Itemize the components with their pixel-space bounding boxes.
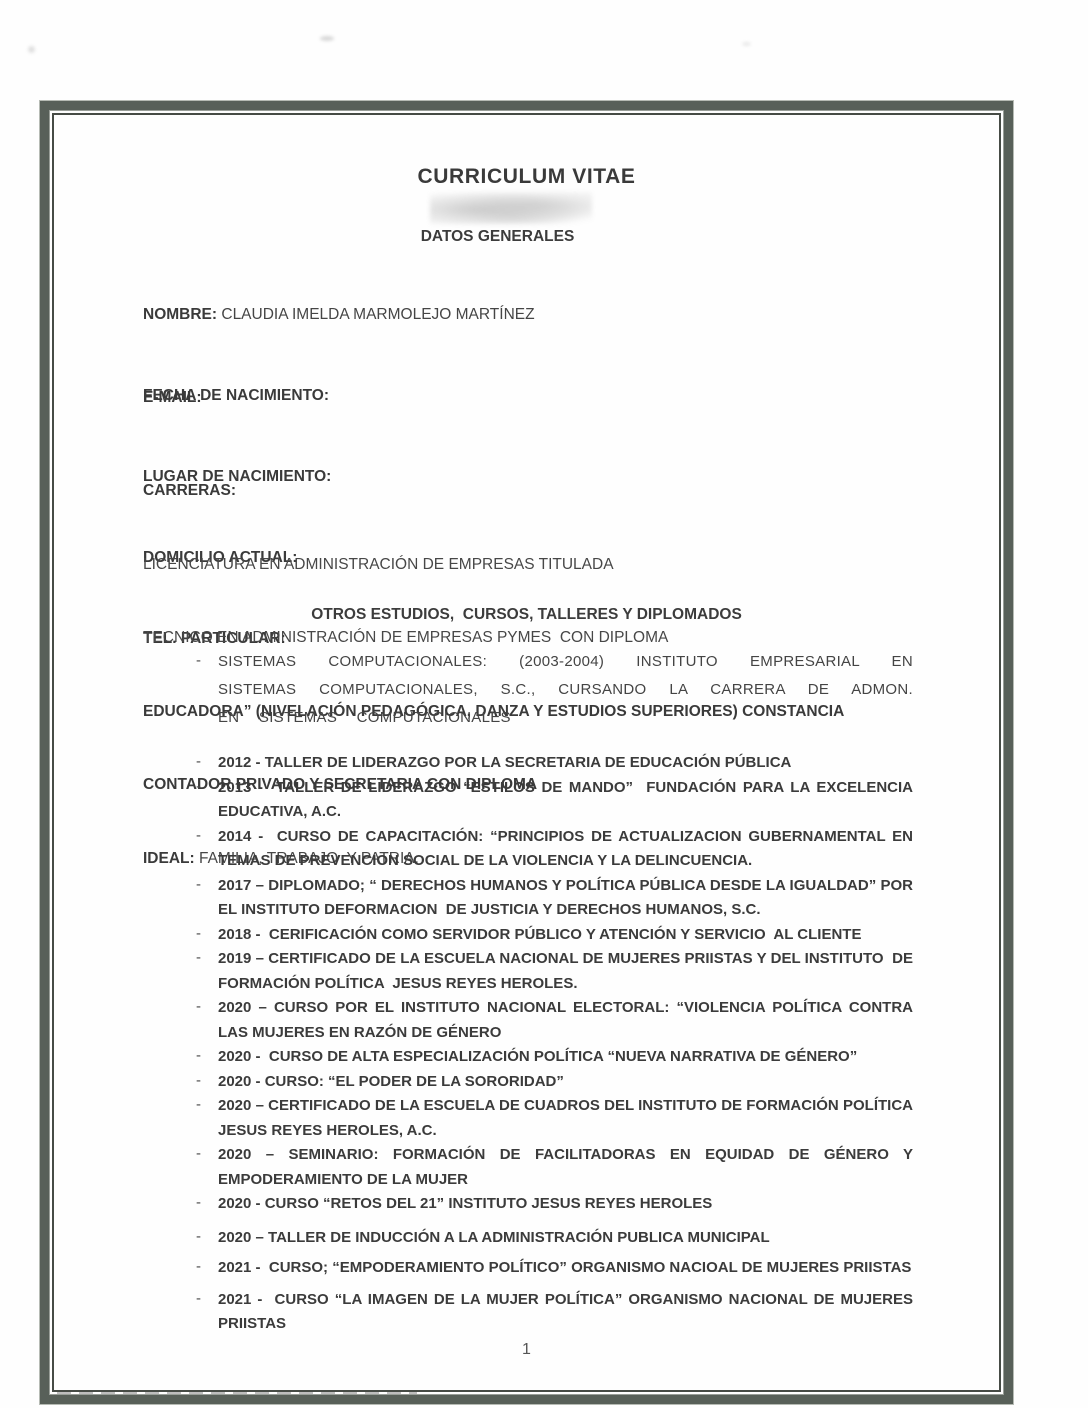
list-item-text: 2012 - TALLER DE LIDERAZGO POR LA SECRET…	[218, 754, 791, 771]
ideal-label: IDEAL:	[143, 850, 195, 867]
list-item-text: 2020 - CURSO: “EL PODER DE LA SORORIDAD”	[218, 1073, 564, 1090]
dash-bullet: -	[196, 1142, 201, 1167]
list-item-text: 2020 - CURSO “RETOS DEL 21” INSTITUTO JE…	[218, 1195, 712, 1212]
list-item: -2017 – DIPLOMADO; “ DERECHOS HUMANOS Y …	[196, 874, 913, 923]
dash-bullet: -	[196, 1044, 201, 1069]
dash-bullet: -	[196, 922, 201, 947]
list-item: -2013 - TALLER DE LIDERAZGO “ESTILOS DE …	[196, 776, 913, 825]
dash-bullet: -	[196, 750, 201, 775]
list-item-text: 2020 – CURSO POR EL INSTITUTO NACIONAL E…	[218, 999, 917, 1041]
list-item: -2021 - CURSO “LA IMAGEN DE LA MUJER POL…	[196, 1288, 913, 1337]
dash-bullet: -	[196, 1287, 201, 1312]
list-item: -2021 - CURSO; “EMPODERAMIENTO POLÍTICO”…	[196, 1256, 913, 1281]
scan-speck	[320, 36, 334, 41]
redaction-smudge	[430, 192, 592, 224]
list-item-text: 2021 - CURSO; “EMPODERAMIENTO POLÍTICO” …	[218, 1259, 911, 1276]
list-item: -2019 – CERTIFICADO DE LA ESCUELA NACION…	[196, 947, 913, 996]
list-item: -2020 – SEMINARIO: FORMACIÓN DE FACILITA…	[196, 1143, 913, 1192]
dash-bullet: -	[196, 1069, 201, 1094]
list-item: -2020 – CERTIFICADO DE LA ESCUELA DE CUA…	[196, 1094, 913, 1143]
dash-bullet: -	[196, 1191, 201, 1216]
list-item: -SISTEMAS COMPUTACIONALES: (2003-2004) I…	[196, 648, 913, 732]
list-item: -2018 - CERIFICACIÓN COMO SERVIDOR PÚBLI…	[196, 923, 913, 948]
scan-speck	[28, 46, 35, 53]
list-item-text: 2018 - CERIFICACIÓN COMO SERVIDOR PÚBLIC…	[218, 926, 861, 943]
dash-bullet: -	[196, 647, 201, 675]
list-item-text: 2020 – CERTIFICADO DE LA ESCUELA DE CUAD…	[218, 1097, 917, 1139]
list-item-text: SISTEMAS COMPUTACIONALES: (2003-2004) IN…	[218, 653, 932, 726]
section-heading-datos-generales: DATOS GENERALES	[11, 228, 984, 246]
carreras-heading: CARRERAS:	[143, 479, 940, 504]
list-item-text: 2019 – CERTIFICADO DE LA ESCUELA NACIONA…	[218, 950, 917, 992]
field-row-email: E-MAIL:	[143, 389, 202, 407]
dash-bullet: -	[196, 775, 201, 800]
dash-bullet: -	[196, 873, 201, 898]
dash-bullet: -	[196, 1225, 201, 1250]
list-item-text: 2020 – TALLER DE INDUCCIÓN A LA ADMINIST…	[218, 1229, 770, 1246]
list-item-text: 2013 - TALLER DE LIDERAZGO “ESTILOS DE M…	[218, 779, 917, 821]
list-item: -2012 - TALLER DE LIDERAZGO POR LA SECRE…	[196, 751, 913, 776]
scanned-cv-page: CURRICULUM VITAE DATOS GENERALES NOMBRE:…	[0, 0, 1088, 1408]
dash-bullet: -	[196, 1093, 201, 1118]
page-number: 1	[40, 1341, 1013, 1359]
list-item: -2020 – TALLER DE INDUCCIÓN A LA ADMINIS…	[196, 1226, 913, 1251]
courses-list: -SISTEMAS COMPUTACIONALES: (2003-2004) I…	[196, 648, 913, 1337]
dash-bullet: -	[196, 824, 201, 849]
list-item-text: 2014 - CURSO DE CAPACITACIÓN: “PRINCIPIO…	[218, 828, 917, 870]
list-item: -2014 - CURSO DE CAPACITACIÓN: “PRINCIPI…	[196, 825, 913, 874]
list-item-text: 2020 - CURSO DE ALTA ESPECIALIZACIÓN POL…	[218, 1048, 857, 1065]
list-item: -2020 - CURSO DE ALTA ESPECIALIZACIÓN PO…	[196, 1045, 913, 1070]
field-label: NOMBRE:	[143, 306, 217, 323]
dash-bullet: -	[196, 946, 201, 971]
list-item-text: 2017 – DIPLOMADO; “ DERECHOS HUMANOS Y P…	[218, 877, 917, 919]
list-item-text: 2021 - CURSO “LA IMAGEN DE LA MUJER POLÍ…	[218, 1291, 917, 1333]
field-value: CLAUDIA IMELDA MARMOLEJO MARTÍNEZ	[217, 306, 535, 323]
page-title: CURRICULUM VITAE	[40, 165, 1013, 189]
field-row-fecha-nacimiento: FECHA DE NACIMIENTO:	[143, 382, 938, 409]
faded-bottom-border	[57, 1392, 417, 1394]
scan-speck	[742, 42, 751, 46]
list-item: -2020 – CURSO POR EL INSTITUTO NACIONAL …	[196, 996, 913, 1045]
list-item-text: 2020 – SEMINARIO: FORMACIÓN DE FACILITAD…	[218, 1146, 917, 1188]
field-row-nombre: NOMBRE: CLAUDIA IMELDA MARMOLEJO MARTÍNE…	[143, 301, 938, 328]
list-item: -2020 - CURSO: “EL PODER DE LA SORORIDAD…	[196, 1070, 913, 1095]
carrera-line: TECNICO EN ADMINISTRACIÓN DE EMPRESAS PY…	[143, 626, 940, 651]
section-heading-otros-estudios: OTROS ESTUDIOS, CURSOS, TALLERES Y DIPLO…	[40, 606, 1013, 624]
list-item: -2020 - CURSO “RETOS DEL 21” INSTITUTO J…	[196, 1192, 913, 1217]
carrera-line: LICENCIATURA EN ADMINISTRACIÓN DE EMPRES…	[143, 553, 940, 578]
dash-bullet: -	[196, 1255, 201, 1280]
dash-bullet: -	[196, 995, 201, 1020]
